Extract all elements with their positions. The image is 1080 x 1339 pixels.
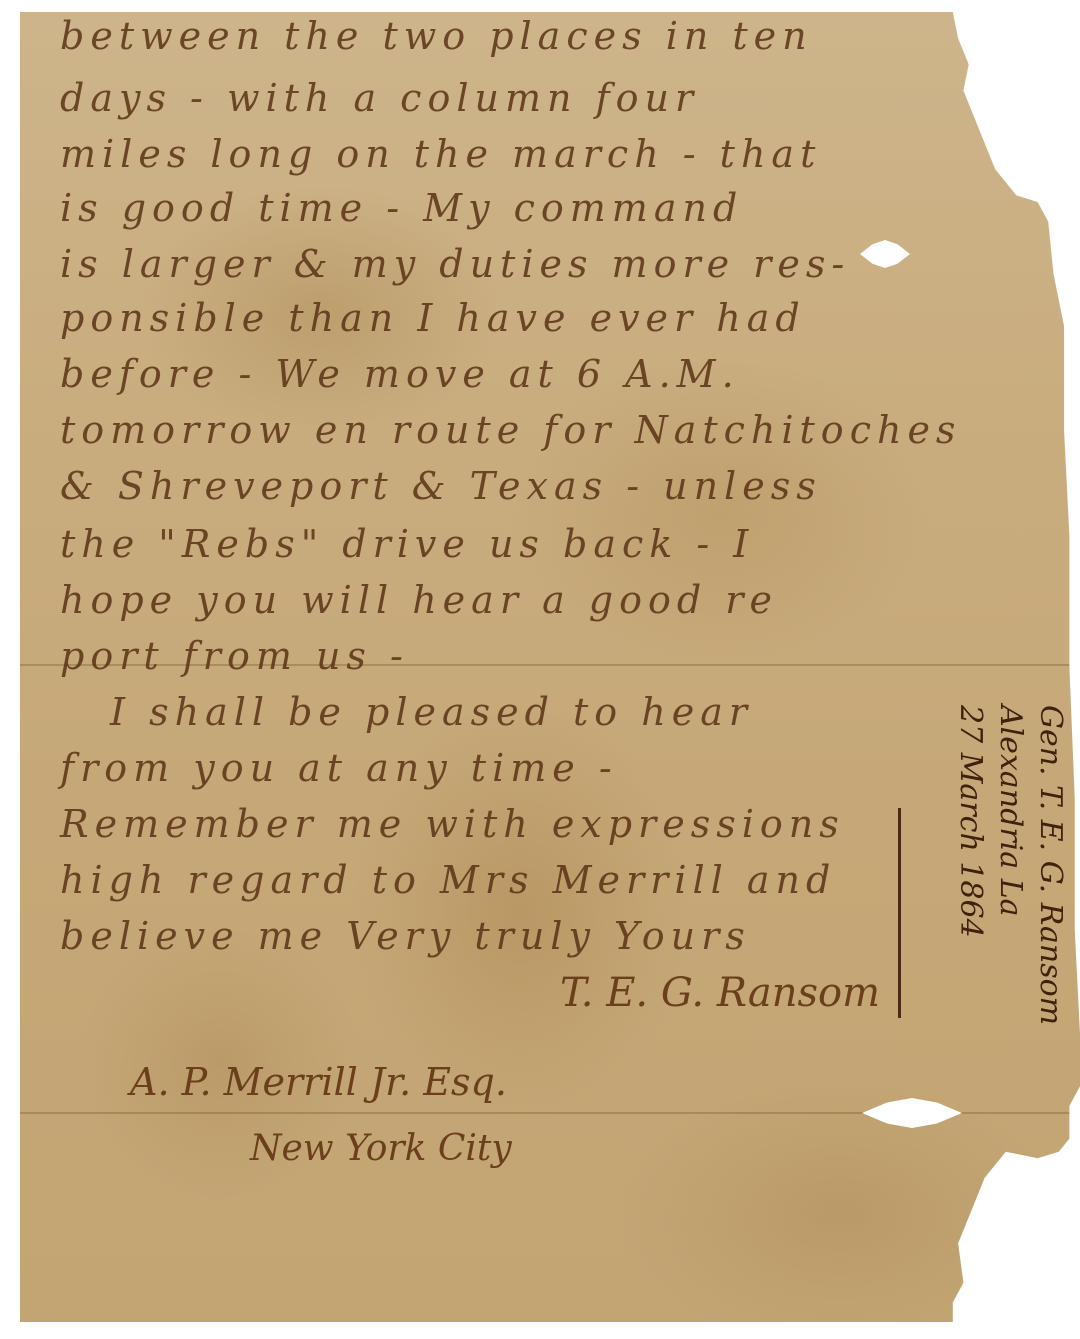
letter-line: is good time - My command [60,186,743,230]
docket-annotation: Gen. T. E. G. Ransom Alexandria La 27 Ma… [950,705,1070,1025]
letter-line: is larger & my duties more res- [60,242,850,286]
letter-line: & Shreveport & Texas - unless [60,464,822,508]
letter-line: high regard to Mrs Merrill and [60,858,836,902]
letter-line: between the two places in ten [60,14,813,58]
letter-line: before - We move at 6 A.M. [60,352,740,396]
letter-line: ponsible than I have ever had [60,296,806,340]
letter-line: miles long on the march - that [60,132,821,176]
docket-line: 27 March 1864 [950,705,990,1025]
docket-line: Gen. T. E. G. Ransom [1030,705,1070,1025]
signature: T. E. G. Ransom [560,970,880,1016]
letter-line: hope you will hear a good re [60,578,778,622]
addressee-city: New York City [250,1128,512,1169]
letter-line: tomorrow en route for Natchitoches [60,408,961,452]
letter-line: port from us - [60,634,409,678]
letter-line: the "Rebs" drive us back - I [60,522,754,566]
letter-line: from you at any time - [60,746,618,790]
letter-line: I shall be pleased to hear [110,690,753,734]
docket-line: Alexandria La [990,705,1030,1025]
docket-rule [898,808,901,1018]
letter-line: Remember me with expressions [60,802,845,846]
letter-line: believe me Very truly Yours [60,914,751,958]
letter-line: days - with a column four [60,76,699,120]
addressee-name: A. P. Merrill Jr. Esq. [130,1060,507,1104]
